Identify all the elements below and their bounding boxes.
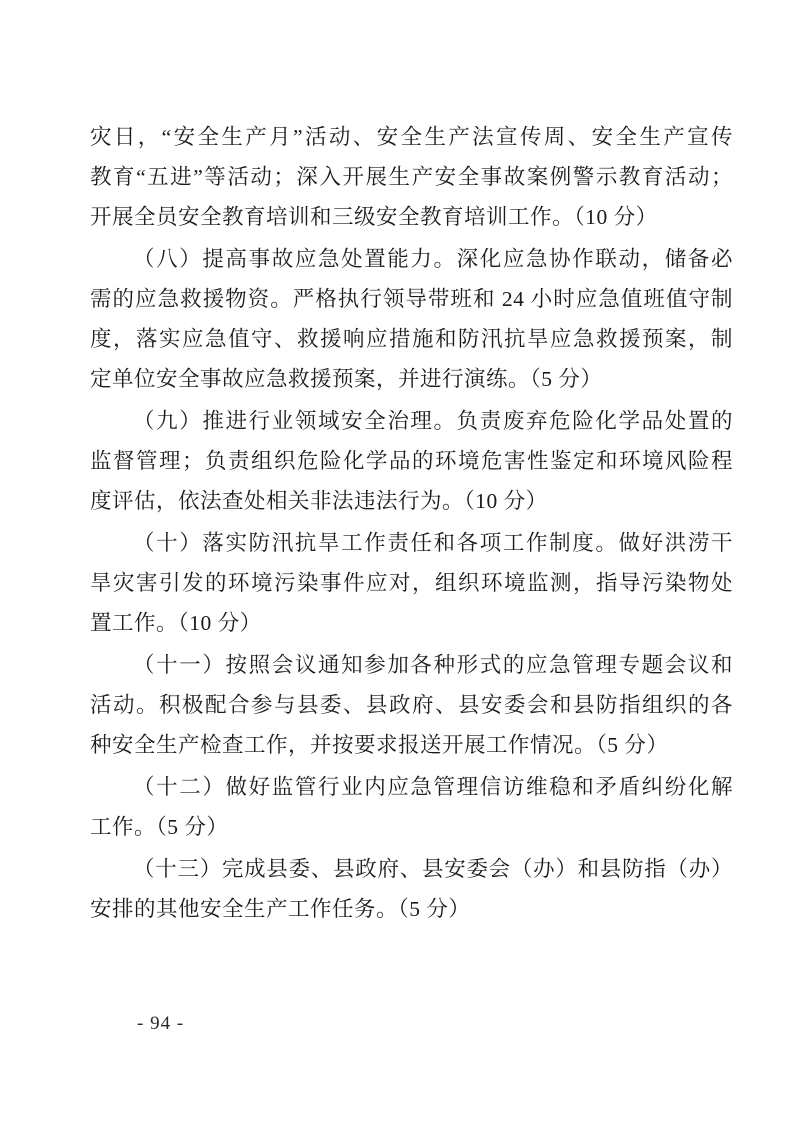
paragraph-item-10: （十）落实防汛抗旱工作责任和各项工作制度。做好洪涝干旱灾害引发的环境污染事件应对… <box>90 523 733 643</box>
paragraph-item-8: （八）提高事故应急处置能力。深化应急协作联动，储备必需的应急救援物资。严格执行领… <box>90 239 733 399</box>
text-line: 灾日，“安全生产月”活动、安全生产法宣传周、安全生产宣传 <box>90 117 733 157</box>
paragraph-item-11: （十一）按照会议通知参加各种形式的应急管理专题会议和活动。积极配合参与县委、县政… <box>90 645 733 765</box>
text-line: 工作。（5 分） <box>90 807 733 847</box>
text-line: 活动。积极配合参与县委、县政府、县安委会和县防指组织的各 <box>90 685 733 725</box>
text-line: （十三）完成县委、县政府、县安委会（办）和县防指（办） <box>90 849 733 889</box>
text-line: 安排的其他安全生产工作任务。（5 分） <box>90 889 733 929</box>
document-page: 灾日，“安全生产月”活动、安全生产法宣传周、安全生产宣传教育“五进”等活动；深入… <box>0 0 793 1122</box>
text-line: 开展全员安全教育培训和三级安全教育培训工作。（10 分） <box>90 197 733 237</box>
text-line: 旱灾害引发的环境污染事件应对，组织环境监测，指导污染物处 <box>90 563 733 603</box>
paragraph-continuation: 灾日，“安全生产月”活动、安全生产法宣传周、安全生产宣传教育“五进”等活动；深入… <box>90 117 733 237</box>
text-line: 监督管理；负责组织危险化学品的环境危害性鉴定和环境风险程 <box>90 441 733 481</box>
text-line: （十二）做好监管行业内应急管理信访维稳和矛盾纠纷化解 <box>90 767 733 807</box>
text-line: 需的应急救援物资。严格执行领导带班和 24 小时应急值班值守制 <box>90 279 733 319</box>
text-line: 度评估，依法查处相关非法违法行为。（10 分） <box>90 481 733 521</box>
text-line: 度，落实应急值守、救援响应措施和防汛抗旱应急救援预案，制 <box>90 319 733 359</box>
paragraph-item-12: （十二）做好监管行业内应急管理信访维稳和矛盾纠纷化解工作。（5 分） <box>90 767 733 847</box>
text-line: 种安全生产检查工作，并按要求报送开展工作情况。（5 分） <box>90 725 733 765</box>
text-line: （十）落实防汛抗旱工作责任和各项工作制度。做好洪涝干 <box>90 523 733 563</box>
document-body: 灾日，“安全生产月”活动、安全生产法宣传周、安全生产宣传教育“五进”等活动；深入… <box>90 117 733 931</box>
text-line: （八）提高事故应急处置能力。深化应急协作联动，储备必 <box>90 239 733 279</box>
page-footer: - 94 - <box>137 1012 184 1036</box>
paragraph-item-9: （九）推进行业领域安全治理。负责废弃危险化学品处置的监督管理；负责组织危险化学品… <box>90 401 733 521</box>
page-number: - 94 - <box>137 1013 184 1034</box>
text-line: 定单位安全事故应急救援预案，并进行演练。（5 分） <box>90 359 733 399</box>
paragraph-item-13: （十三）完成县委、县政府、县安委会（办）和县防指（办）安排的其他安全生产工作任务… <box>90 849 733 929</box>
text-line: 教育“五进”等活动；深入开展生产安全事故案例警示教育活动； <box>90 157 733 197</box>
text-line: （九）推进行业领域安全治理。负责废弃危险化学品处置的 <box>90 401 733 441</box>
text-line: 置工作。（10 分） <box>90 603 733 643</box>
text-line: （十一）按照会议通知参加各种形式的应急管理专题会议和 <box>90 645 733 685</box>
